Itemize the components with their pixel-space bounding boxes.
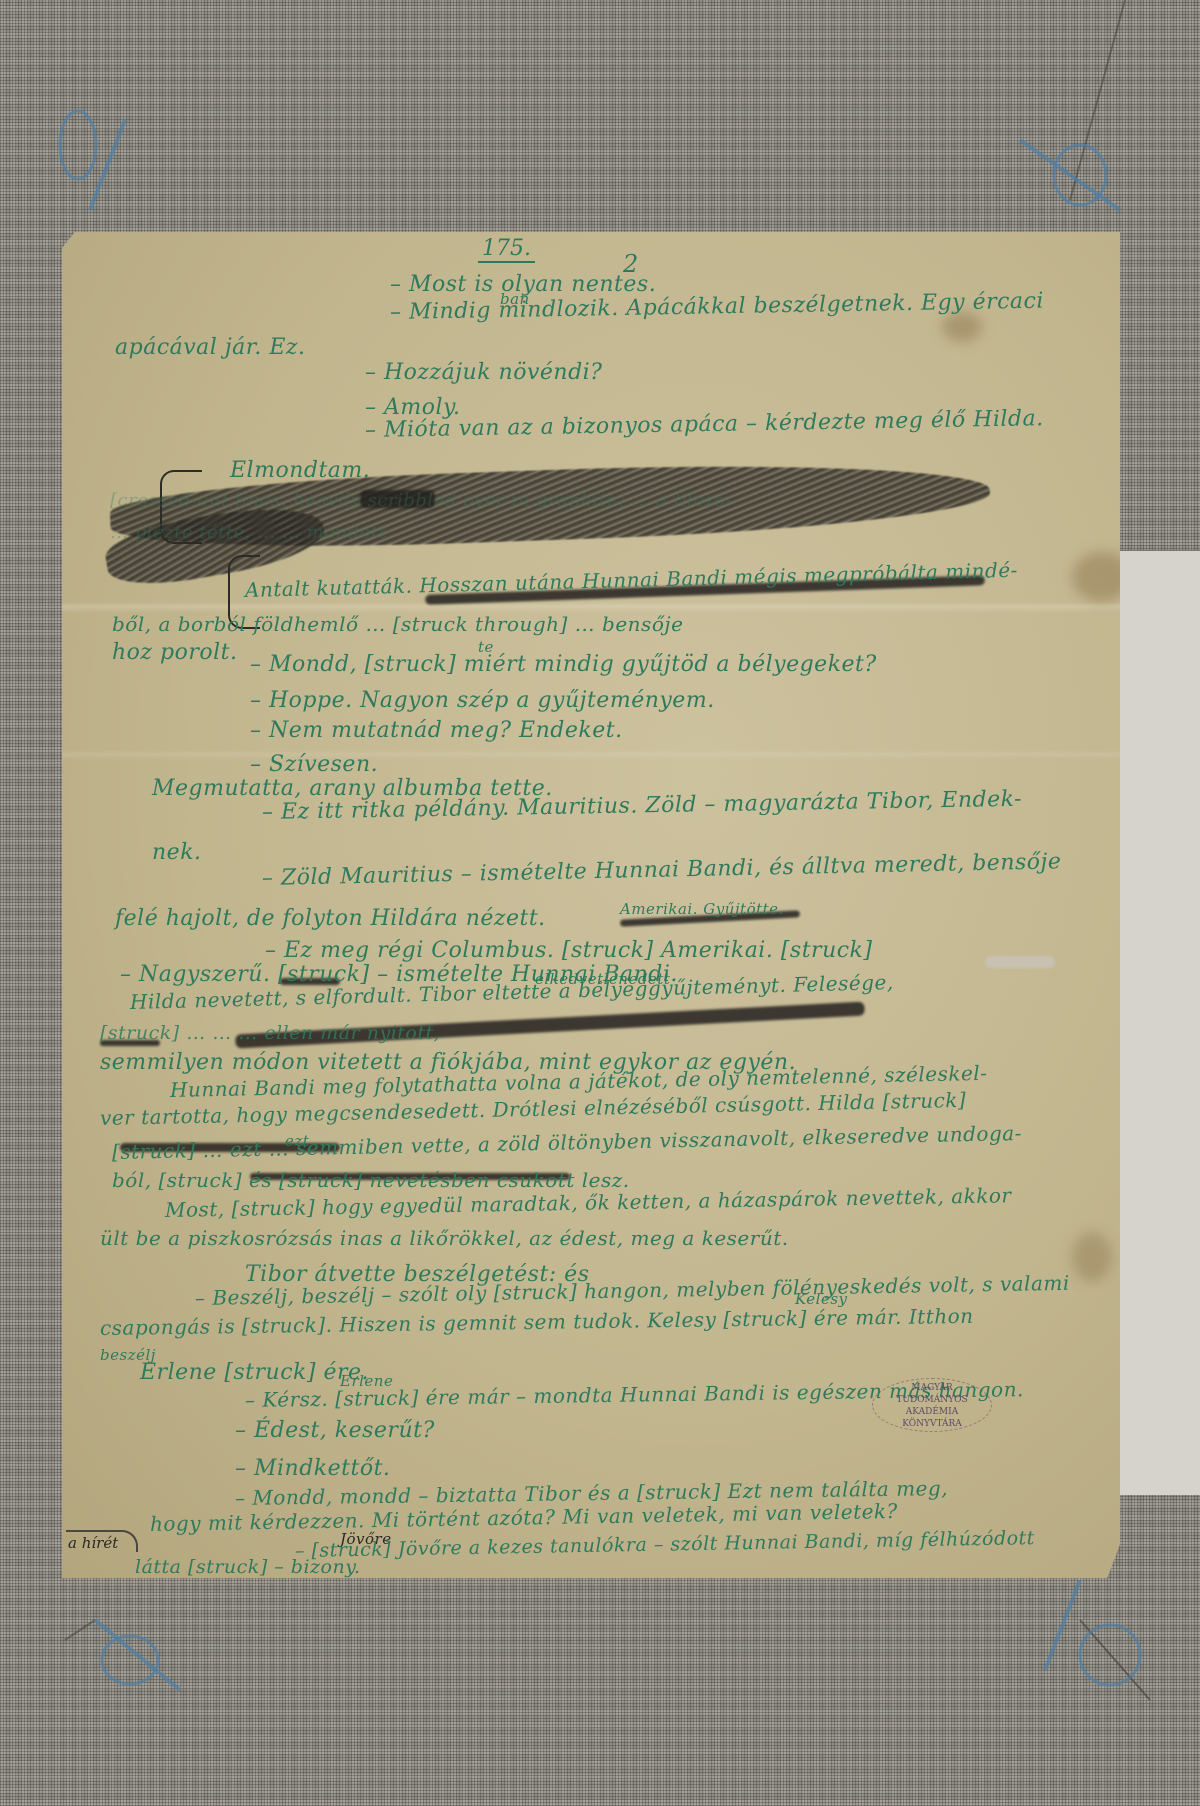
manuscript-insert: Amerikai. Gyűjtötte. <box>620 900 784 918</box>
corner-mark-bottom-right-icon <box>1040 1580 1180 1710</box>
manuscript-line: – Szívesen. <box>250 752 378 777</box>
manuscript-line: – Mindkettőt. <box>235 1456 390 1481</box>
stamp-line-1: MAGYAR <box>873 1382 991 1394</box>
backing-white-sheet <box>1118 550 1200 1495</box>
manuscript-line: Elmondtam. <box>230 458 370 483</box>
stamp-line-3: KÖNYVTÁRA <box>873 1418 991 1430</box>
manuscript-line: – Mondd, [struck] miért mindig gyűjtöd a… <box>250 652 877 677</box>
corner-mark-top-right-icon <box>1010 0 1200 230</box>
manuscript-line: [struck] … … … ellen már nyitott, <box>100 1022 440 1044</box>
manuscript-line: – Ez meg régi Columbus. [struck] Amerika… <box>265 938 872 963</box>
corner-mark-top-left-icon <box>40 90 150 220</box>
manuscript-line: – Nem mutatnád meg? Endeket. <box>250 718 623 743</box>
paper-stain <box>1072 1232 1112 1282</box>
manuscript-line: Erlene [struck] ére. <box>140 1360 369 1385</box>
manuscript-line: látta [struck] – bizony. <box>135 1556 360 1578</box>
manuscript-line: ból, [struck] és [struck] nevetésben csu… <box>112 1168 630 1192</box>
strike-through <box>985 956 1055 968</box>
manuscript-line-crossed: [crossed-out lines, heavily scribbled ov… <box>110 490 733 511</box>
manuscript-line: nek. <box>152 840 202 865</box>
manuscript-line: hoz porolt. <box>112 640 237 665</box>
manuscript-line: – Hoppe. Nagyon szép a gyűjteményem. <box>250 688 715 713</box>
manuscript-line-crossed: … plézte tétte, … … mondott <box>110 522 386 543</box>
paper-stain <box>942 312 982 342</box>
manuscript-line: felé hajolt, de folyton Hildára nézett. <box>115 906 546 931</box>
manuscript-line: apácával jár. Ez. <box>115 335 306 360</box>
library-stamp: MAGYAR TUDOMÁNYOS AKADÉMIA KÖNYVTÁRA <box>872 1378 992 1432</box>
manuscript-line: – Édest, keserűt? <box>235 1418 435 1443</box>
corner-mark-bottom-left-icon <box>60 1580 200 1710</box>
manuscript-line: – Hozzájuk növéndi? <box>365 360 602 385</box>
margin-note: a hírét <box>66 1530 138 1552</box>
page-number: 175. <box>478 236 535 263</box>
manuscript-line: ült be a piszkosrózsás inas a likőrökkel… <box>100 1226 789 1250</box>
stamp-line-2: TUDOMÁNYOS AKADÉMIA <box>873 1394 991 1418</box>
manuscript-line: ből, a borból földhemlő … [struck throug… <box>112 612 683 636</box>
